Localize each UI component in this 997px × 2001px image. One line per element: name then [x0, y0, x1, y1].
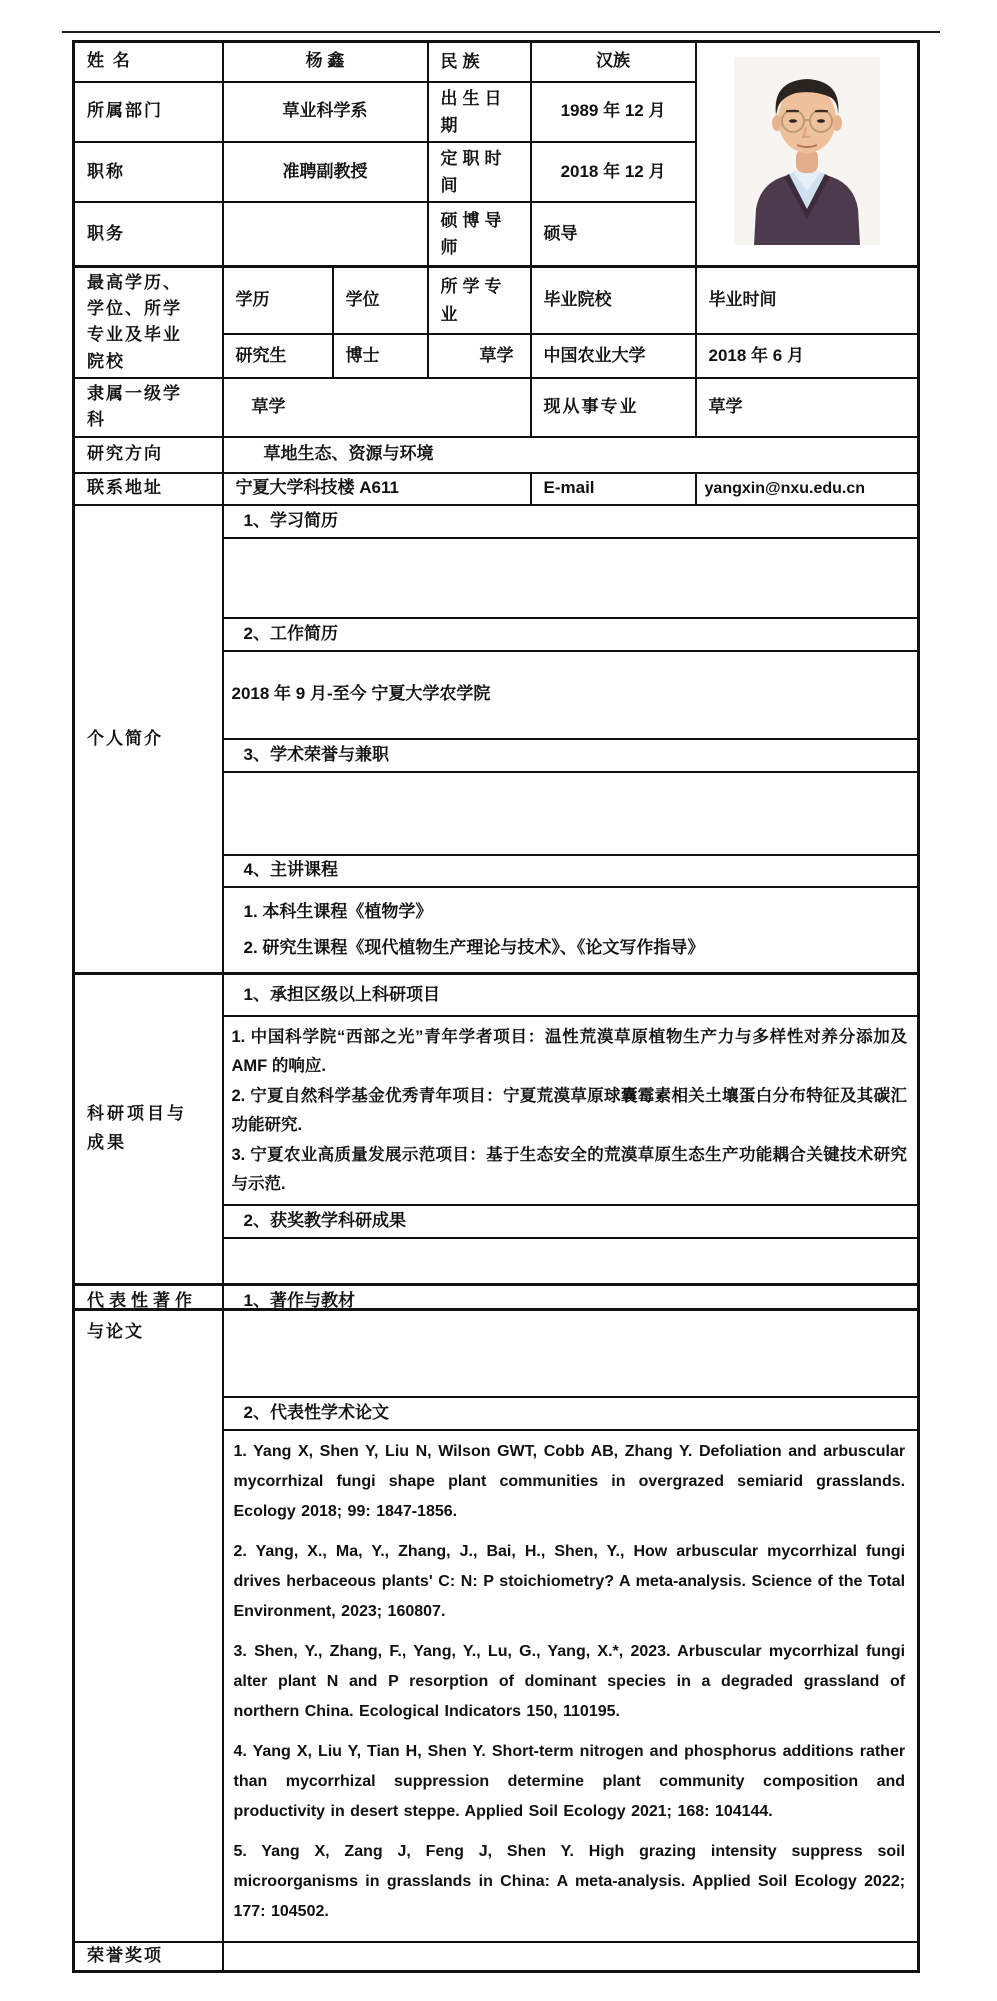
- department-value: 草业科学系: [223, 82, 428, 142]
- publications-papers-content: 1. Yang X, Shen Y, Liu N, Wilson GWT, Co…: [223, 1430, 919, 1942]
- education-school: 中国农业大学: [531, 334, 696, 378]
- ethnicity-value: 汉族: [531, 42, 696, 82]
- education-degree: 博士: [333, 334, 428, 378]
- honors-awards-value: [223, 1942, 919, 1972]
- email-label: E-mail: [531, 473, 696, 505]
- research-direction-label: 研究方向: [74, 437, 223, 473]
- email-value: yangxin@nxu.edu.cn: [696, 473, 919, 505]
- profile-heading-study: 1、学习简历: [223, 505, 919, 538]
- department-label: 所属部门: [74, 82, 223, 142]
- profile-heading-honors: 3、学术荣誉与兼职: [223, 739, 919, 772]
- row-research-heading1: 科研项目与成果 1、承担区级以上科研项目: [74, 974, 919, 1016]
- current-major-label: 现从事专业: [531, 378, 696, 437]
- row-contact: 联系地址 宁夏大学科技楼 A611 E-mail yangxin@nxu.edu…: [74, 473, 919, 505]
- appointment-time-label: 定职时间: [428, 142, 531, 202]
- row-honors-awards: 荣誉奖项: [74, 1942, 919, 1972]
- research-direction-value: 草地生态、资源与环境: [223, 437, 919, 473]
- supervisor-type-value: 硕导: [531, 202, 696, 266]
- birthdate-value: 1989 年 12 月: [531, 82, 696, 142]
- research-projects-content: 1. 中国科学院“西部之光”青年学者项目：温性荒漠草原植物生产力与多样性对养分添…: [223, 1016, 919, 1205]
- research-section-label: 科研项目与成果: [74, 974, 223, 1285]
- position-value: [223, 202, 428, 266]
- education-major: 草学: [428, 334, 531, 378]
- profile-honors-content: [223, 772, 919, 855]
- position-label: 职务: [74, 202, 223, 266]
- education-grad-time: 2018 年 6 月: [696, 334, 919, 378]
- publications-books-content: [223, 1310, 919, 1397]
- research-heading-awards: 2、获奖教学科研成果: [223, 1205, 919, 1238]
- portrait-photo: [734, 57, 880, 245]
- course-item: 1. 本科生课程《植物学》: [236, 894, 914, 930]
- course-list: 1. 本科生课程《植物学》 2. 研究生课程《现代植物生产理论与技术》、《论文写…: [236, 894, 914, 966]
- education-header-degree: 学位: [333, 266, 428, 334]
- row-profile-heading1: 个人简介 1、学习简历: [74, 505, 919, 538]
- personnel-form-table: 姓 名 杨 鑫 民族 汉族: [72, 40, 920, 1319]
- row-discipline: 隶属一级学科 草学 现从事专业 草学: [74, 378, 919, 437]
- supervisor-type-label: 硕博导师: [428, 202, 531, 266]
- course-item: 2. 研究生课程《现代植物生产理论与技术》、《论文写作指导》: [236, 930, 914, 966]
- paper-item: 5. Yang X, Zang J, Feng J, Shen Y. High …: [234, 1837, 906, 1927]
- title-value: 准聘副教授: [223, 142, 428, 202]
- honors-awards-label: 荣誉奖项: [74, 1942, 223, 1972]
- contact-address-label: 联系地址: [74, 473, 223, 505]
- profile-heading-work: 2、工作简历: [223, 618, 919, 651]
- page-top-rule: [62, 31, 940, 33]
- project-item: 1. 中国科学院“西部之光”青年学者项目：温性荒漠草原植物生产力与多样性对养分添…: [232, 1023, 908, 1082]
- education-row-label: 最高学历、学位、所学专业及毕业院校: [74, 266, 223, 378]
- name-value: 杨 鑫: [223, 42, 428, 82]
- education-header-grad-time: 毕业时间: [696, 266, 919, 334]
- photo-cell: [696, 42, 919, 267]
- appointment-time-value: 2018 年 12 月: [531, 142, 696, 202]
- profile-heading-courses: 4、主讲课程: [223, 855, 919, 887]
- paper-item: 4. Yang X, Liu Y, Tian H, Shen Y. Short-…: [234, 1737, 906, 1827]
- profile-work-content: 2018 年 9 月-至今 宁夏大学农学院: [223, 651, 919, 739]
- research-awards-content: [223, 1238, 919, 1285]
- row-research-direction: 研究方向 草地生态、资源与环境: [74, 437, 919, 473]
- education-degree-level: 研究生: [223, 334, 333, 378]
- paper-item: 1. Yang X, Shen Y, Liu N, Wilson GWT, Co…: [234, 1437, 906, 1527]
- profile-study-content: [223, 538, 919, 618]
- birthdate-label: 出生日期: [428, 82, 531, 142]
- profile-courses-content: 1. 本科生课程《植物学》 2. 研究生课程《现代植物生产理论与技术》、《论文写…: [223, 887, 919, 974]
- education-header-degree-level: 学历: [223, 266, 333, 334]
- education-header-major: 所学专业: [428, 266, 531, 334]
- current-major-value: 草学: [696, 378, 919, 437]
- publications-heading-papers: 2、代表性学术论文: [223, 1397, 919, 1430]
- research-heading-projects: 1、承担区级以上科研项目: [223, 974, 919, 1016]
- row-name: 姓 名 杨 鑫 民族 汉族: [74, 42, 919, 82]
- project-item: 2. 宁夏自然科学基金优秀青年项目：宁夏荒漠草原球囊霉素相关土壤蛋白分布特征及其…: [232, 1082, 908, 1141]
- paper-item: 3. Shen, Y., Zhang, F., Yang, Y., Lu, G.…: [234, 1637, 906, 1727]
- personnel-form-table-continued: 与论文 2、代表性学术论文 1. Yang X, Shen Y, Liu N, …: [72, 1308, 920, 1973]
- title-label: 职称: [74, 142, 223, 202]
- discipline-label: 隶属一级学科: [74, 378, 223, 437]
- publications-label-part2: 与论文: [74, 1310, 223, 1942]
- name-label: 姓 名: [74, 42, 223, 82]
- row-education-header: 最高学历、学位、所学专业及毕业院校 学历 学位 所学专业 毕业院校 毕业时间: [74, 266, 919, 334]
- profile-section-label: 个人简介: [74, 505, 223, 974]
- ethnicity-label: 民族: [428, 42, 531, 82]
- paper-item: 2. Yang, X., Ma, Y., Zhang, J., Bai, H.,…: [234, 1537, 906, 1627]
- contact-address-value: 宁夏大学科技楼 A611: [223, 473, 531, 505]
- discipline-value: 草学: [223, 378, 531, 437]
- education-header-school: 毕业院校: [531, 266, 696, 334]
- project-item: 3. 宁夏农业高质量发展示范项目：基于生态安全的荒漠草原生态生产功能耦合关键技术…: [232, 1141, 908, 1200]
- row-publications-books-content: 与论文: [74, 1310, 919, 1397]
